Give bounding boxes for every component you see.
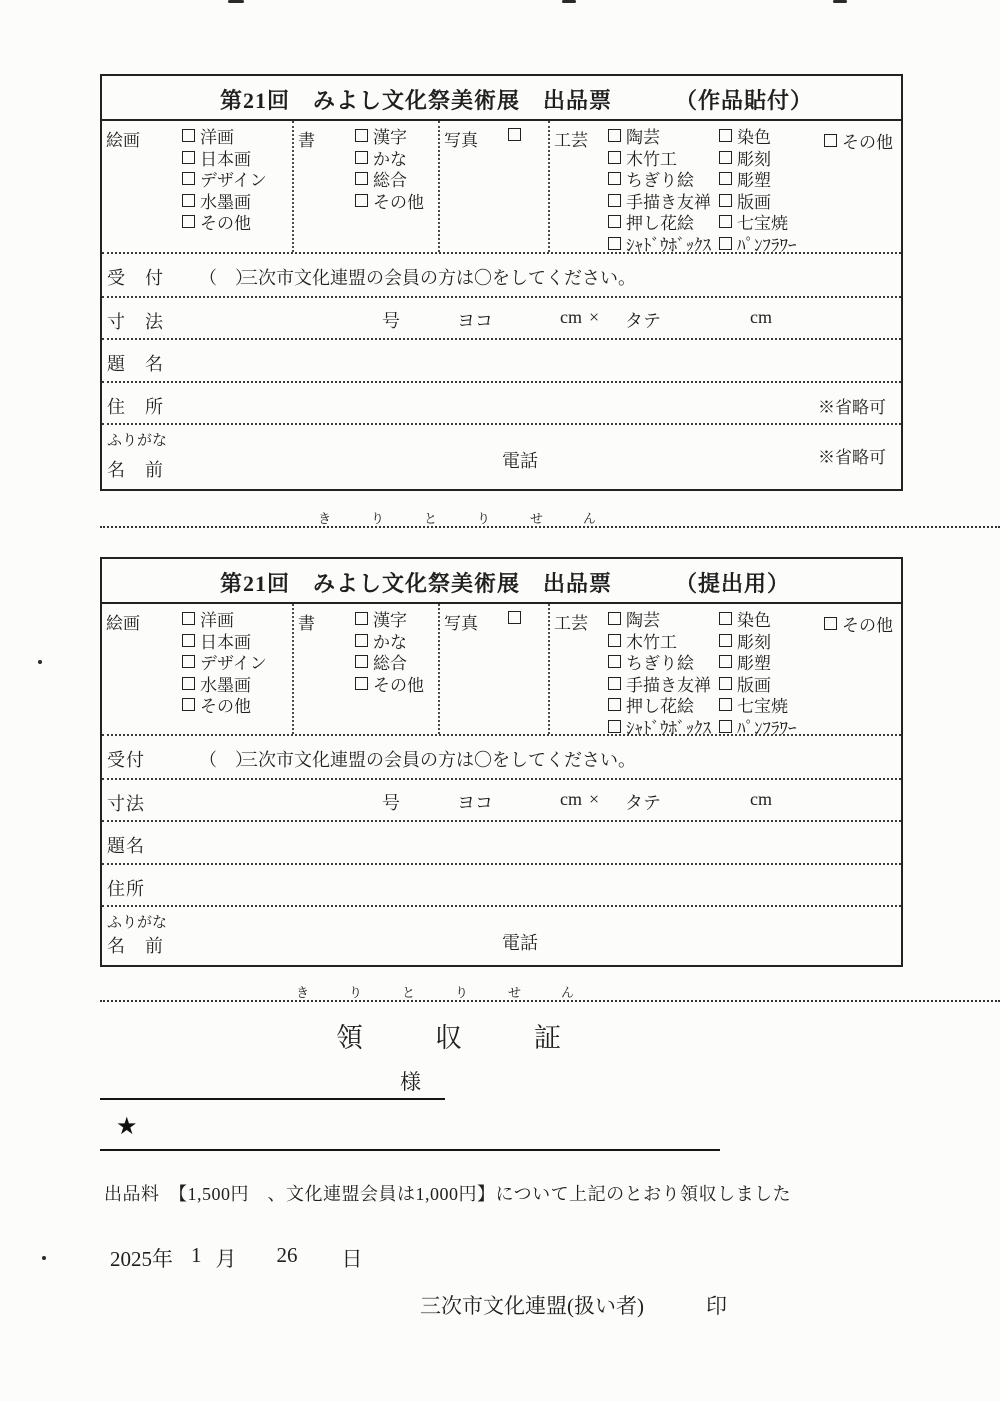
checkbox-option: その他	[182, 694, 267, 716]
column-divider	[548, 604, 550, 734]
address-row: 住 所 ※省略可	[102, 383, 901, 425]
checkbox-icon[interactable]	[608, 655, 621, 668]
checkbox-icon[interactable]	[608, 698, 621, 711]
size-tate: タテ	[625, 789, 661, 815]
cut-line-rule	[100, 526, 1000, 528]
stamp-placeholder: 印	[706, 1290, 727, 1320]
size-label: 寸法	[107, 790, 145, 816]
column-divider	[292, 121, 294, 252]
checkbox-icon[interactable]	[719, 194, 732, 207]
checkbox-icon[interactable]	[355, 634, 368, 647]
reception-row: 受 付 （ ） 三次市文化連盟の会員の方は〇をしてください。	[102, 254, 901, 298]
checkbox-icon[interactable]	[719, 612, 732, 625]
checkbox-icon[interactable]	[824, 617, 837, 630]
recipient-underline	[100, 1098, 445, 1100]
checkbox-icon[interactable]	[355, 194, 368, 207]
checkbox-icon[interactable]	[182, 215, 195, 228]
checkbox-icon[interactable]	[719, 698, 732, 711]
cut-line: きりとりせん	[100, 508, 1000, 538]
title-name-label: 題 名	[107, 350, 164, 376]
checkbox-option: 彫刻	[719, 630, 797, 652]
checkbox-icon[interactable]	[719, 172, 732, 185]
checkbox-icon[interactable]	[355, 677, 368, 690]
checkbox-icon[interactable]	[608, 151, 621, 164]
column-divider	[438, 121, 440, 252]
handler-name: 三次市文化連盟(扱い者)	[420, 1290, 644, 1320]
checkbox-icon[interactable]	[719, 215, 732, 228]
checkbox-option: 七宝焼	[719, 694, 797, 716]
column-divider	[548, 121, 550, 252]
checkbox-label: その他	[200, 692, 251, 717]
size-cm2: cm	[750, 307, 772, 328]
checkbox-option: その他	[355, 190, 424, 212]
name-label: 名 前	[107, 456, 164, 482]
checkbox-option: 染色	[719, 125, 797, 147]
title-name-row: 題名	[102, 822, 901, 865]
checkbox-icon[interactable]	[719, 655, 732, 668]
checkbox-icon[interactable]	[608, 720, 621, 733]
checkbox-icon[interactable]	[182, 151, 195, 164]
checkbox-option: デザイン	[182, 168, 267, 190]
name-optional-note: ※省略可	[818, 443, 886, 468]
checkbox-option: 洋画	[182, 125, 267, 147]
checkbox-label: ｼｬﾄﾞｳﾎﾞｯｸｽ	[626, 714, 711, 739]
checkbox-option: 彫塑	[719, 651, 797, 673]
scan-artifact	[228, 0, 244, 3]
checkbox-label: ｼｬﾄﾞｳﾎﾞｯｸｽ	[626, 231, 711, 256]
recipient-honorific: 様	[400, 1066, 421, 1096]
checkbox-option: 水墨画	[182, 673, 267, 695]
checkbox-icon[interactable]	[182, 129, 195, 142]
checkbox-icon[interactable]	[355, 612, 368, 625]
cut-line-rule	[100, 1000, 1000, 1002]
checkbox-icon[interactable]	[182, 677, 195, 690]
size-label: 寸 法	[107, 308, 164, 334]
checkbox-option: 総合	[355, 651, 424, 673]
checkbox-group-calligraphy: 漢字かな総合その他	[355, 125, 424, 211]
checkbox-option: 彫塑	[719, 168, 797, 190]
address-label: 住所	[107, 875, 145, 901]
checkbox-option: 版画	[719, 190, 797, 212]
checkbox-option: ｼｬﾄﾞｳﾎﾞｯｸｽ	[608, 716, 711, 738]
checkbox-label: その他	[200, 209, 251, 234]
size-times: ×	[589, 307, 599, 328]
form-title-row: 第21回 みよし文化祭美術展 出品票 （提出用）	[102, 559, 901, 604]
category-label-craft: 工芸	[554, 126, 588, 151]
address-label: 住 所	[107, 393, 164, 419]
checkbox-icon[interactable]	[508, 128, 521, 141]
reception-label: 受付	[107, 746, 145, 772]
checkbox-label: その他	[373, 671, 424, 696]
checkbox-option-photo	[508, 611, 526, 624]
checkbox-group-craft-2: 染色彫刻彫塑版画七宝焼ﾊﾟﾝﾌﾗﾜｰ	[719, 608, 797, 737]
checkbox-icon[interactable]	[508, 611, 521, 624]
address-optional-note: ※省略可	[818, 393, 886, 418]
checkbox-option: 押し花絵	[608, 694, 711, 716]
checkbox-option: ｼｬﾄﾞｳﾎﾞｯｸｽ	[608, 233, 711, 255]
checkbox-icon[interactable]	[719, 237, 732, 250]
column-divider	[438, 604, 440, 734]
checkbox-label: ﾊﾟﾝﾌﾗﾜｰ	[737, 231, 797, 256]
checkbox-icon[interactable]	[608, 237, 621, 250]
receipt-heading: 領収証	[336, 1016, 633, 1055]
category-row: 絵画 洋画日本画デザイン水墨画その他 書 漢字かな総合その他 写真 工芸 陶芸木…	[102, 604, 901, 736]
checkbox-icon[interactable]	[608, 612, 621, 625]
checkbox-icon[interactable]	[355, 655, 368, 668]
size-go: 号	[382, 789, 400, 815]
size-row: 寸法 号 ヨコ cm × タテ cm	[102, 780, 901, 822]
checkbox-option: デザイン	[182, 651, 267, 673]
checkbox-option: 木竹工	[608, 147, 711, 169]
entry-form-submit-copy: 第21回 みよし文化祭美術展 出品票 （提出用） 絵画 洋画日本画デザイン水墨画…	[100, 557, 903, 967]
date-day-num: 26	[277, 1243, 298, 1273]
cut-line-text: きりとりせん	[296, 982, 614, 1001]
checkbox-icon[interactable]	[182, 698, 195, 711]
date-year: 2025年	[110, 1243, 173, 1273]
fee-statement: 出品料 【1,500円 、文化連盟会員は1,000円】について上記のとおり領収し…	[104, 1180, 791, 1206]
checkbox-icon[interactable]	[719, 720, 732, 733]
form-title: 第21回 みよし文化祭美術展 出品票	[220, 567, 612, 598]
scan-artifact	[42, 1256, 46, 1260]
size-cm1: cm	[560, 307, 582, 328]
cut-line-text: きりとりせん	[318, 508, 636, 527]
checkbox-option: 手描き友禅	[608, 673, 711, 695]
checkbox-option: その他	[355, 673, 424, 695]
checkbox-icon[interactable]	[608, 215, 621, 228]
checkbox-icon[interactable]	[182, 172, 195, 185]
size-cm1: cm	[560, 789, 582, 810]
checkbox-label: その他	[373, 188, 424, 213]
checkbox-icon[interactable]	[182, 612, 195, 625]
checkbox-icon[interactable]	[608, 677, 621, 690]
phone-label: 電話	[502, 447, 538, 473]
checkbox-option: 洋画	[182, 608, 267, 630]
checkbox-icon[interactable]	[608, 172, 621, 185]
checkbox-icon[interactable]	[608, 634, 621, 647]
category-row: 絵画 洋画日本画デザイン水墨画その他 書 漢字かな総合その他 写真 工芸 陶芸木…	[102, 121, 901, 254]
checkbox-icon[interactable]	[824, 134, 837, 147]
checkbox-label: その他	[842, 128, 893, 153]
size-row: 寸 法 号 ヨコ cm × タテ cm	[102, 298, 901, 340]
checkbox-option-other: その他	[824, 128, 893, 153]
date-month-label: 月	[216, 1243, 237, 1273]
reception-text: 三次市文化連盟の会員の方は〇をしてください。	[240, 746, 636, 772]
checkbox-option: その他	[182, 211, 267, 233]
name-label: 名 前	[107, 932, 164, 958]
checkbox-group-craft-1: 陶芸木竹工ちぎり絵手描き友禅押し花絵ｼｬﾄﾞｳﾎﾞｯｸｽ	[608, 125, 711, 254]
category-label-calligraphy: 書	[298, 609, 315, 634]
checkbox-option-other: その他	[824, 611, 893, 636]
size-go: 号	[382, 307, 400, 333]
checkbox-option: ちぎり絵	[608, 168, 711, 190]
category-label-painting: 絵画	[106, 126, 140, 151]
checkbox-option: 漢字	[355, 125, 424, 147]
amount-underline	[100, 1149, 720, 1151]
checkbox-icon[interactable]	[355, 172, 368, 185]
category-label-photo: 写真	[444, 609, 478, 634]
receipt-date: 2025年 1 月 26 日	[110, 1243, 363, 1273]
checkbox-option: 染色	[719, 608, 797, 630]
checkbox-option: 陶芸	[608, 608, 711, 630]
scan-artifact	[562, 0, 576, 3]
category-label-craft: 工芸	[554, 609, 588, 634]
title-name-label: 題名	[107, 832, 145, 858]
checkbox-icon[interactable]	[719, 151, 732, 164]
checkbox-option: かな	[355, 630, 424, 652]
checkbox-icon[interactable]	[719, 634, 732, 647]
entry-form-attach-copy: 第21回 みよし文化祭美術展 出品票 （作品貼付） 絵画 洋画日本画デザイン水墨…	[100, 74, 903, 491]
checkbox-group-painting: 洋画日本画デザイン水墨画その他	[182, 125, 267, 233]
checkbox-option-photo	[508, 128, 526, 141]
furigana-label: ふりがな	[107, 429, 167, 450]
checkbox-icon[interactable]	[608, 129, 621, 142]
reception-row: 受付 （ ） 三次市文化連盟の会員の方は〇をしてください。	[102, 736, 901, 780]
checkbox-option: 漢字	[355, 608, 424, 630]
reception-label: 受 付	[107, 264, 164, 290]
form-title-suffix: （作品貼付）	[675, 84, 813, 115]
scan-artifact	[833, 0, 847, 3]
category-label-painting: 絵画	[106, 609, 140, 634]
star-icon: ★	[116, 1112, 138, 1141]
checkbox-icon[interactable]	[608, 194, 621, 207]
checkbox-icon[interactable]	[355, 129, 368, 142]
form-title: 第21回 みよし文化祭美術展 出品票	[220, 84, 612, 115]
checkbox-option: 版画	[719, 673, 797, 695]
size-tate: タテ	[625, 307, 661, 333]
phone-label: 電話	[502, 929, 538, 955]
checkbox-option: ちぎり絵	[608, 651, 711, 673]
checkbox-option: ﾊﾟﾝﾌﾗﾜｰ	[719, 233, 797, 255]
checkbox-icon[interactable]	[182, 194, 195, 207]
checkbox-option: 彫刻	[719, 147, 797, 169]
size-yoko: ヨコ	[457, 789, 493, 815]
name-row: ふりがな 名 前 電話	[102, 907, 901, 965]
checkbox-group-calligraphy: 漢字かな総合その他	[355, 608, 424, 694]
checkbox-option: 日本画	[182, 147, 267, 169]
column-divider	[292, 604, 294, 734]
checkbox-icon[interactable]	[182, 655, 195, 668]
date-day-label: 日	[342, 1243, 363, 1273]
scanned-entry-form-page: 第21回 みよし文化祭美術展 出品票 （作品貼付） 絵画 洋画日本画デザイン水墨…	[0, 0, 1000, 1401]
size-cm2: cm	[750, 789, 772, 810]
title-name-row: 題 名	[102, 340, 901, 383]
size-yoko: ヨコ	[457, 307, 493, 333]
checkbox-option: 水墨画	[182, 190, 267, 212]
handler-line: 三次市文化連盟(扱い者) 印	[420, 1290, 727, 1320]
checkbox-option: 陶芸	[608, 125, 711, 147]
checkbox-option: 総合	[355, 168, 424, 190]
checkbox-option: ﾊﾟﾝﾌﾗﾜｰ	[719, 716, 797, 738]
checkbox-option: 押し花絵	[608, 211, 711, 233]
checkbox-option: 日本画	[182, 630, 267, 652]
checkbox-group-craft-2: 染色彫刻彫塑版画七宝焼ﾊﾟﾝﾌﾗﾜｰ	[719, 125, 797, 254]
checkbox-icon[interactable]	[719, 677, 732, 690]
checkbox-icon[interactable]	[355, 151, 368, 164]
reception-text: 三次市文化連盟の会員の方は〇をしてください。	[240, 264, 636, 290]
checkbox-option: 七宝焼	[719, 211, 797, 233]
form-title-row: 第21回 みよし文化祭美術展 出品票 （作品貼付）	[102, 76, 901, 121]
checkbox-label: ﾊﾟﾝﾌﾗﾜｰ	[737, 714, 797, 739]
cut-line: きりとりせん	[100, 982, 1000, 1012]
form-title-suffix: （提出用）	[675, 567, 790, 598]
checkbox-group-painting: 洋画日本画デザイン水墨画その他	[182, 608, 267, 716]
address-row: 住所	[102, 865, 901, 907]
date-month-num: 1	[191, 1243, 202, 1273]
category-label-calligraphy: 書	[298, 126, 315, 151]
checkbox-label: その他	[842, 611, 893, 636]
checkbox-icon[interactable]	[182, 634, 195, 647]
furigana-label: ふりがな	[107, 911, 167, 932]
scan-artifact	[38, 660, 42, 664]
checkbox-option: 木竹工	[608, 630, 711, 652]
category-label-photo: 写真	[444, 126, 478, 151]
size-times: ×	[589, 789, 599, 810]
checkbox-group-craft-1: 陶芸木竹工ちぎり絵手描き友禅押し花絵ｼｬﾄﾞｳﾎﾞｯｸｽ	[608, 608, 711, 737]
checkbox-option: かな	[355, 147, 424, 169]
checkbox-icon[interactable]	[719, 129, 732, 142]
checkbox-option: 手描き友禅	[608, 190, 711, 212]
name-row: ふりがな 名 前 電話 ※省略可	[102, 425, 901, 489]
